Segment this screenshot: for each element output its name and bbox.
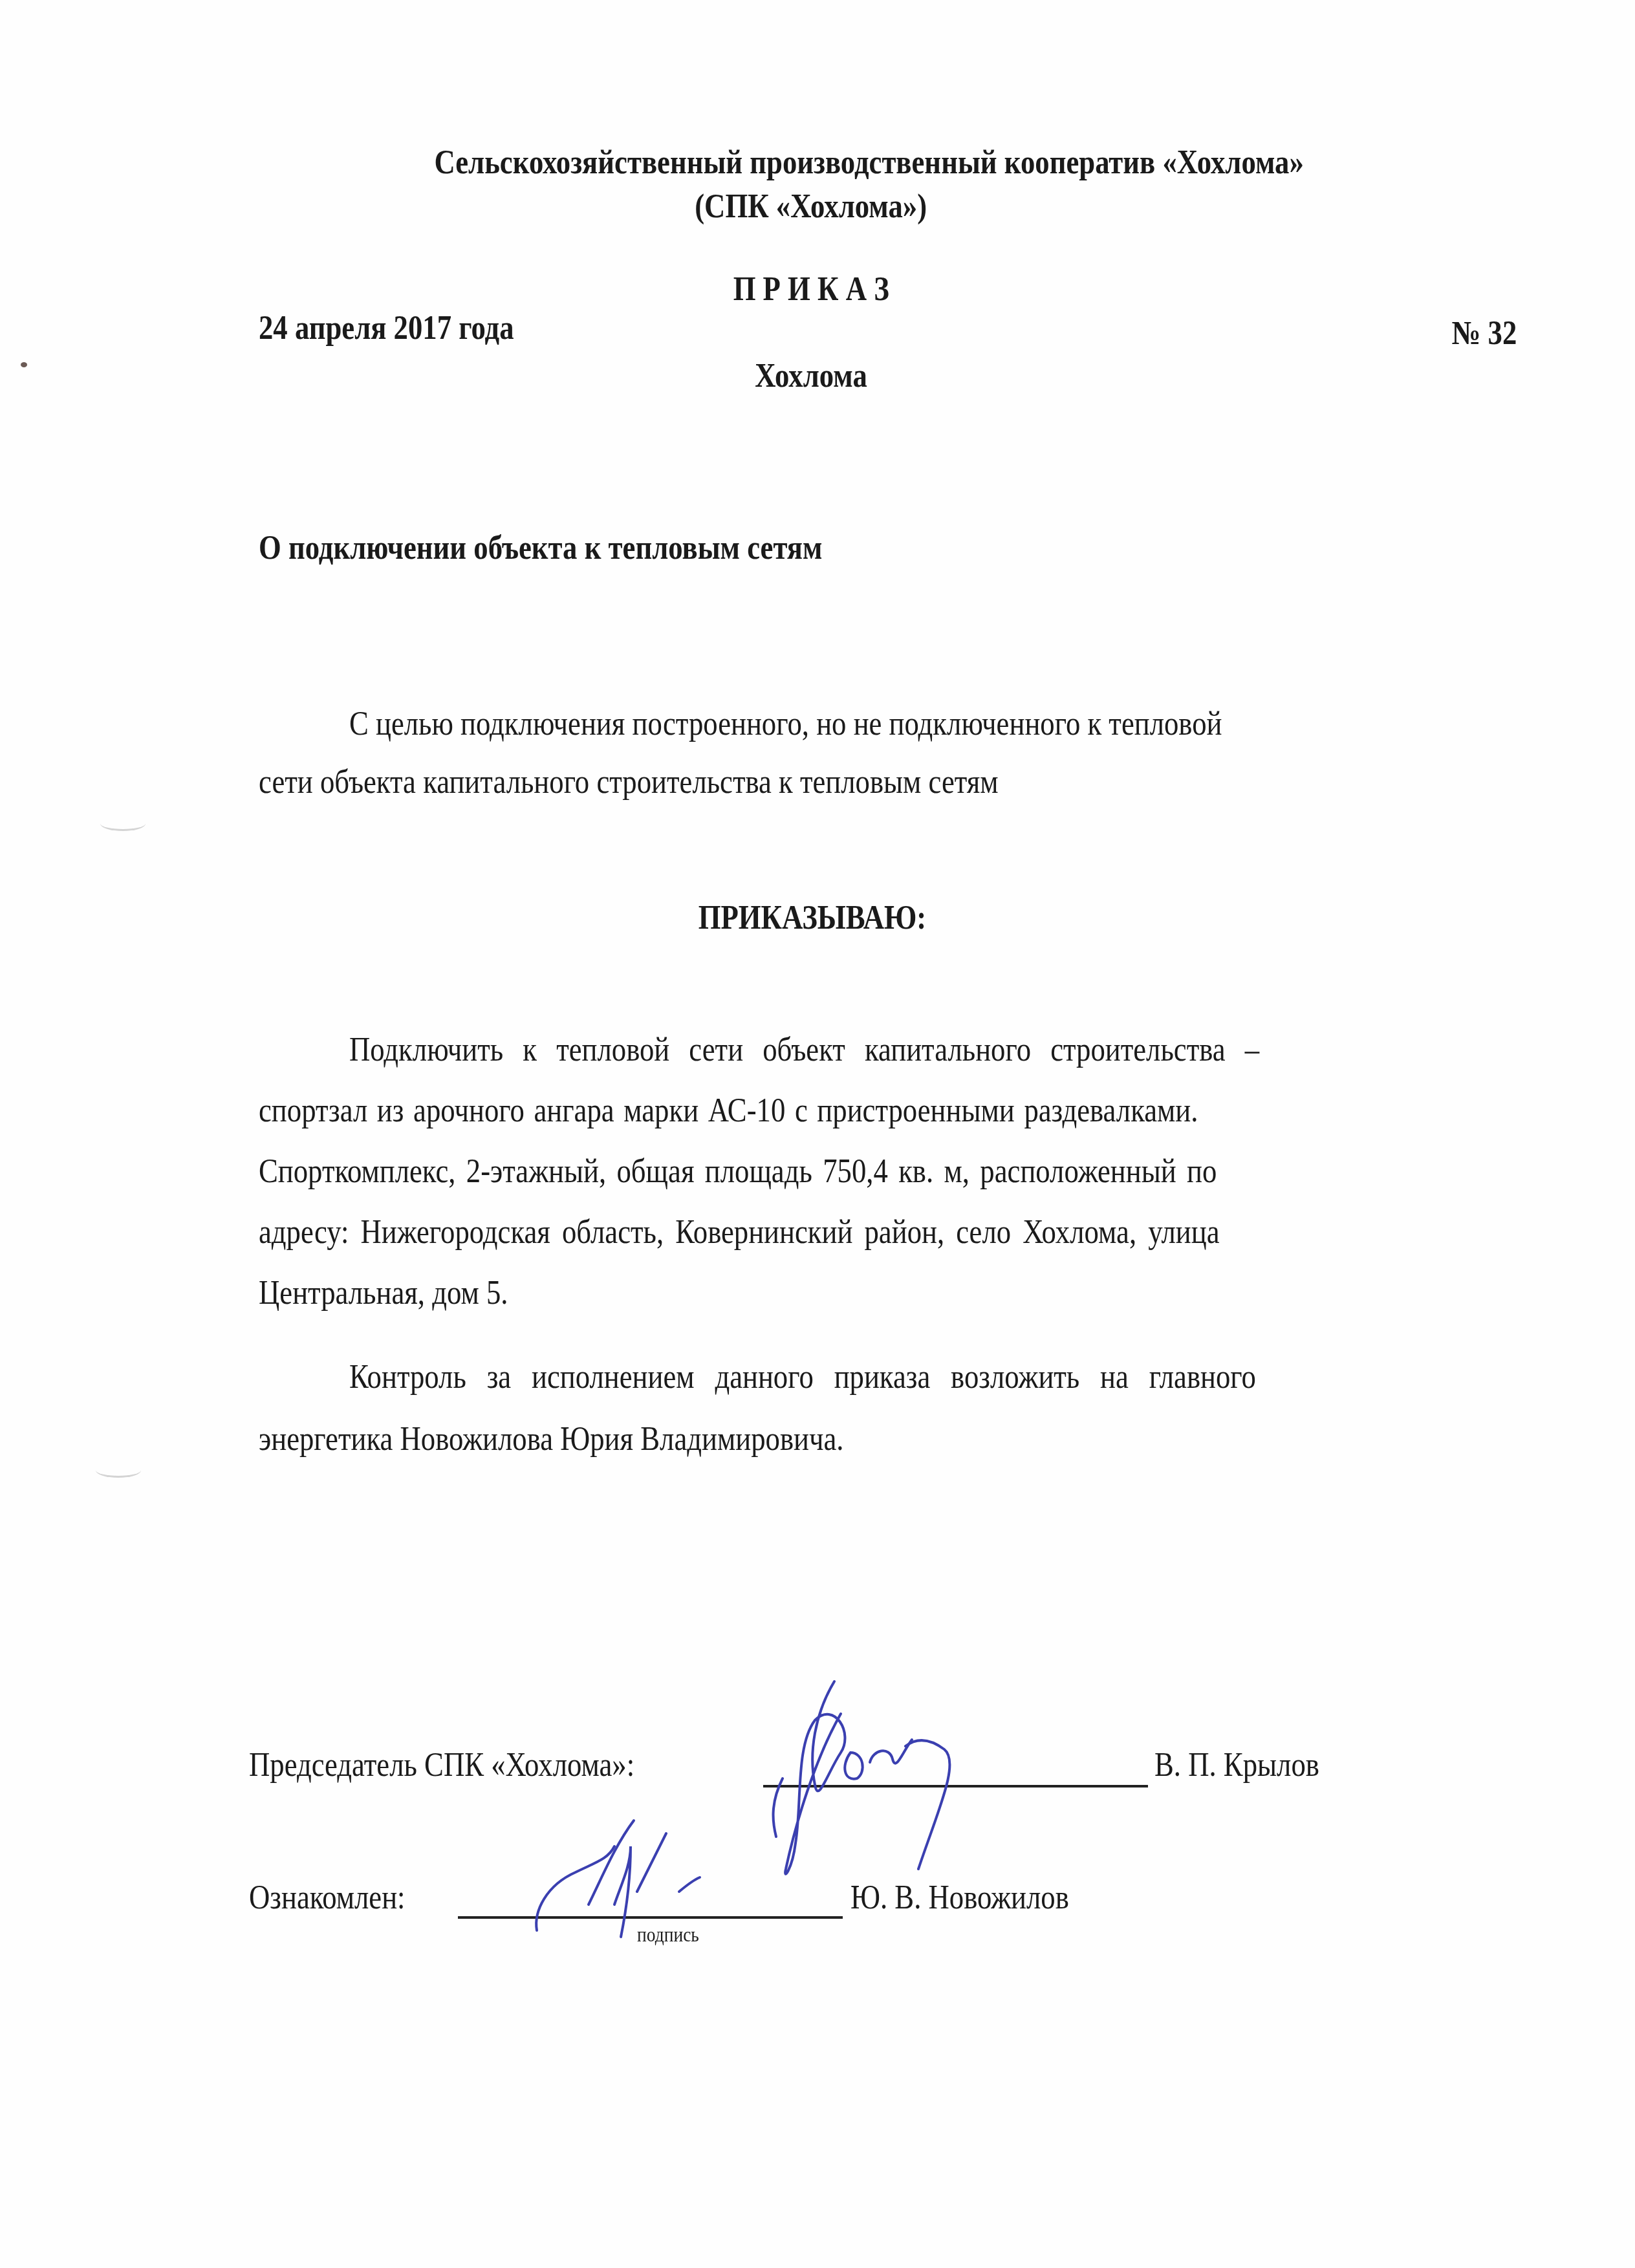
order-number-text: № 32 (1451, 314, 1517, 352)
order-word: ПРИКАЗЫВАЮ: (0, 899, 1630, 937)
clause-text: Подключить к тепловой сети объект капита… (349, 1031, 1259, 1069)
acknowledged-role: Ознакомлен: (249, 1879, 431, 1917)
order-date: 24 апреля 2017 года (259, 309, 556, 347)
clause-text: Контроль за исполнением данного приказа … (349, 1358, 1256, 1396)
order-place: Хохлома (0, 357, 1629, 395)
clause-1-line-3: Спорткомплекс, 2-этажный, общая площадь … (259, 1152, 1372, 1191)
order-date-text: 24 апреля 2017 года (259, 309, 514, 347)
clause-text: спортзал из арочного ангара марки АС-10 … (259, 1092, 1198, 1130)
preamble-text: сети объекта капитального строительства … (259, 763, 999, 801)
order-title-text: П Р И К А З (733, 270, 889, 308)
clause-2-line-1: Контроль за исполнением данного приказа … (349, 1358, 1403, 1396)
clause-text: энергетика Новожилова Юрия Владимировича… (259, 1420, 843, 1458)
punch-hole-mark (100, 816, 146, 831)
clause-text: адресу: Нижегородская область, Ковернинс… (259, 1213, 1220, 1251)
clause-1-line-5: Центральная, дом 5. (259, 1274, 548, 1312)
chairman-name-text: В. П. Крылов (1154, 1746, 1319, 1784)
order-title: П Р И К А З (0, 270, 1629, 308)
acknowledged-handwritten-signature-icon (517, 1808, 763, 1950)
order-number: № 32 (1441, 314, 1517, 352)
org-short-name: (СПК «Хохлома») (0, 188, 1629, 226)
org-full-name-text: Сельскохозяйственный производственный ко… (435, 144, 1304, 182)
preamble-text: С целью подключения построенного, но не … (349, 705, 1222, 743)
preamble-line-1: С целью подключения построенного, но не … (349, 705, 1364, 743)
chairman-name: В. П. Крылов (1154, 1746, 1346, 1784)
clause-1-line-2: спортзал из арочного ангара марки АС-10 … (259, 1092, 1351, 1130)
clause-text: Спорткомплекс, 2-этажный, общая площадь … (259, 1152, 1217, 1191)
clause-1-line-1: Подключить к тепловой сети объект капита… (349, 1031, 1517, 1069)
order-subject-text: О подключении объекта к тепловым сетям (259, 529, 823, 567)
order-place-text: Хохлома (755, 357, 867, 395)
clause-2-line-2: энергетика Новожилова Юрия Владимировича… (259, 1420, 939, 1458)
org-full-name: Сельскохозяйственный производственный ко… (52, 144, 1635, 182)
clause-text: Центральная, дом 5. (259, 1274, 508, 1312)
preamble-line-2: сети объекта капитального строительства … (259, 763, 1119, 801)
scanned-document-page: Сельскохозяйственный производственный ко… (0, 0, 1635, 2268)
punch-hole-mark (96, 1463, 141, 1478)
order-word-text: ПРИКАЗЫВАЮ: (698, 899, 927, 937)
clause-1-line-4: адресу: Нижегородская область, Ковернинс… (259, 1213, 1376, 1251)
chairman-role: Председатель СПК «Хохлома»: (249, 1746, 697, 1784)
org-short-name-text: (СПК «Хохлома») (695, 188, 927, 226)
acknowledged-role-text: Ознакомлен: (249, 1879, 406, 1917)
chairman-role-text: Председатель СПК «Хохлома»: (249, 1746, 634, 1784)
order-subject: О подключении объекта к тепловым сетям (259, 529, 914, 567)
chairman-handwritten-signature-icon (737, 1675, 1061, 1895)
